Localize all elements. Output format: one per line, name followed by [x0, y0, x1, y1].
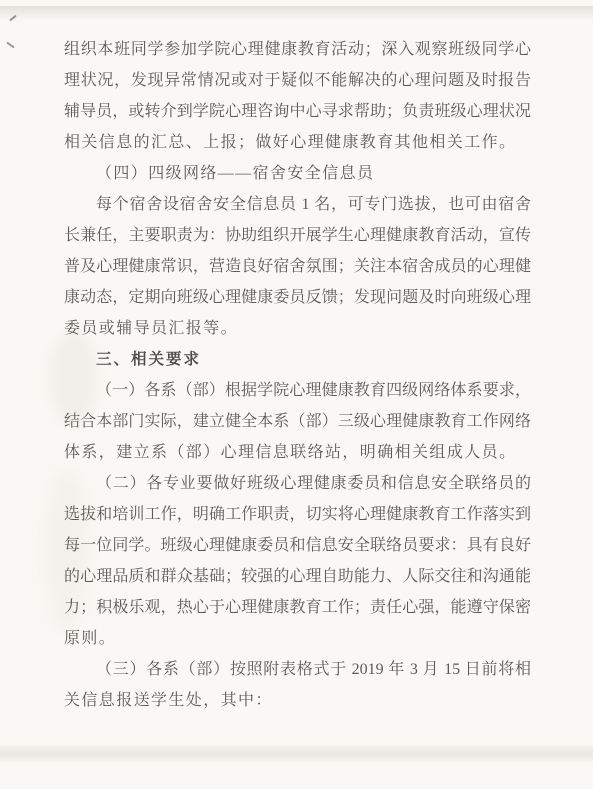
text-line: （一）各系（部）根据学院心理健康教育四级网络体系要求，: [64, 375, 531, 406]
text-line: 的心理品质和群众基础；较强的心理自助能力、人际交往和沟通能: [64, 561, 531, 592]
text-line: 体系，建立系（部）心理信息联络站，明确相关组成人员。: [64, 437, 531, 468]
scan-artifact-top-band: [0, 6, 593, 19]
text-line: 辅导员，或转介到学院心理咨询中心寻求帮助；负责班级心理状况: [64, 96, 531, 127]
text-line: 组织本班同学参加学院心理健康教育活动；深入观察班级同学心: [64, 34, 531, 65]
text-line: 原则。: [64, 623, 531, 654]
text-line: 委员或辅导员汇报等。: [64, 313, 531, 344]
text-line: 长兼任，主要职责为：协助组织开展学生心理健康教育活动，宣传: [64, 220, 531, 251]
scanned-document-page: 组织本班同学参加学院心理健康教育活动；深入观察班级同学心 理状况，发现异常情况或…: [0, 0, 593, 789]
text-line: 关信息报送学生处，其中：: [64, 685, 531, 716]
text-line: 每个宿舍设宿舍安全信息员 1 名，可专门选拔，也可由宿舍: [64, 189, 531, 220]
text-line: 选拔和培训工作，明确工作职责，切实将心理健康教育工作落实到: [64, 499, 531, 530]
text-line: 力；积极乐观，热心于心理健康教育工作；责任心强，能遵守保密: [64, 592, 531, 623]
text-line: （二）各专业要做好班级心理健康委员和信息安全联络员的: [64, 468, 531, 499]
document-body: 组织本班同学参加学院心理健康教育活动；深入观察班级同学心 理状况，发现异常情况或…: [64, 34, 531, 716]
scan-artifact-pencil-mark: [6, 42, 15, 49]
text-line: 结合本部门实际，建立健全本系（部）三级心理健康教育工作网络: [64, 406, 531, 437]
text-line: （三）各系（部）按照附表格式于 2019 年 3 月 15 日前将相: [64, 654, 531, 685]
text-line: 相关信息的汇总、上报；做好心理健康教育其他相关工作。: [64, 127, 531, 158]
text-line: 每一位同学。班级心理健康委员和信息安全联络员要求：具有良好: [64, 530, 531, 561]
subsection-heading: （四）四级网络——宿舍安全信息员: [64, 158, 531, 189]
scan-artifact-bottom-band: [0, 746, 593, 762]
text-line: 理状况，发现异常情况或对于疑似不能解决的心理问题及时报告: [64, 65, 531, 96]
text-line: 普及心理健康常识，营造良好宿舍氛围；关注本宿舍成员的心理健: [64, 251, 531, 282]
text-line: 康动态，定期向班级心理健康委员反馈；发现问题及时向班级心理: [64, 282, 531, 313]
section-heading: 三、相关要求: [64, 344, 531, 375]
